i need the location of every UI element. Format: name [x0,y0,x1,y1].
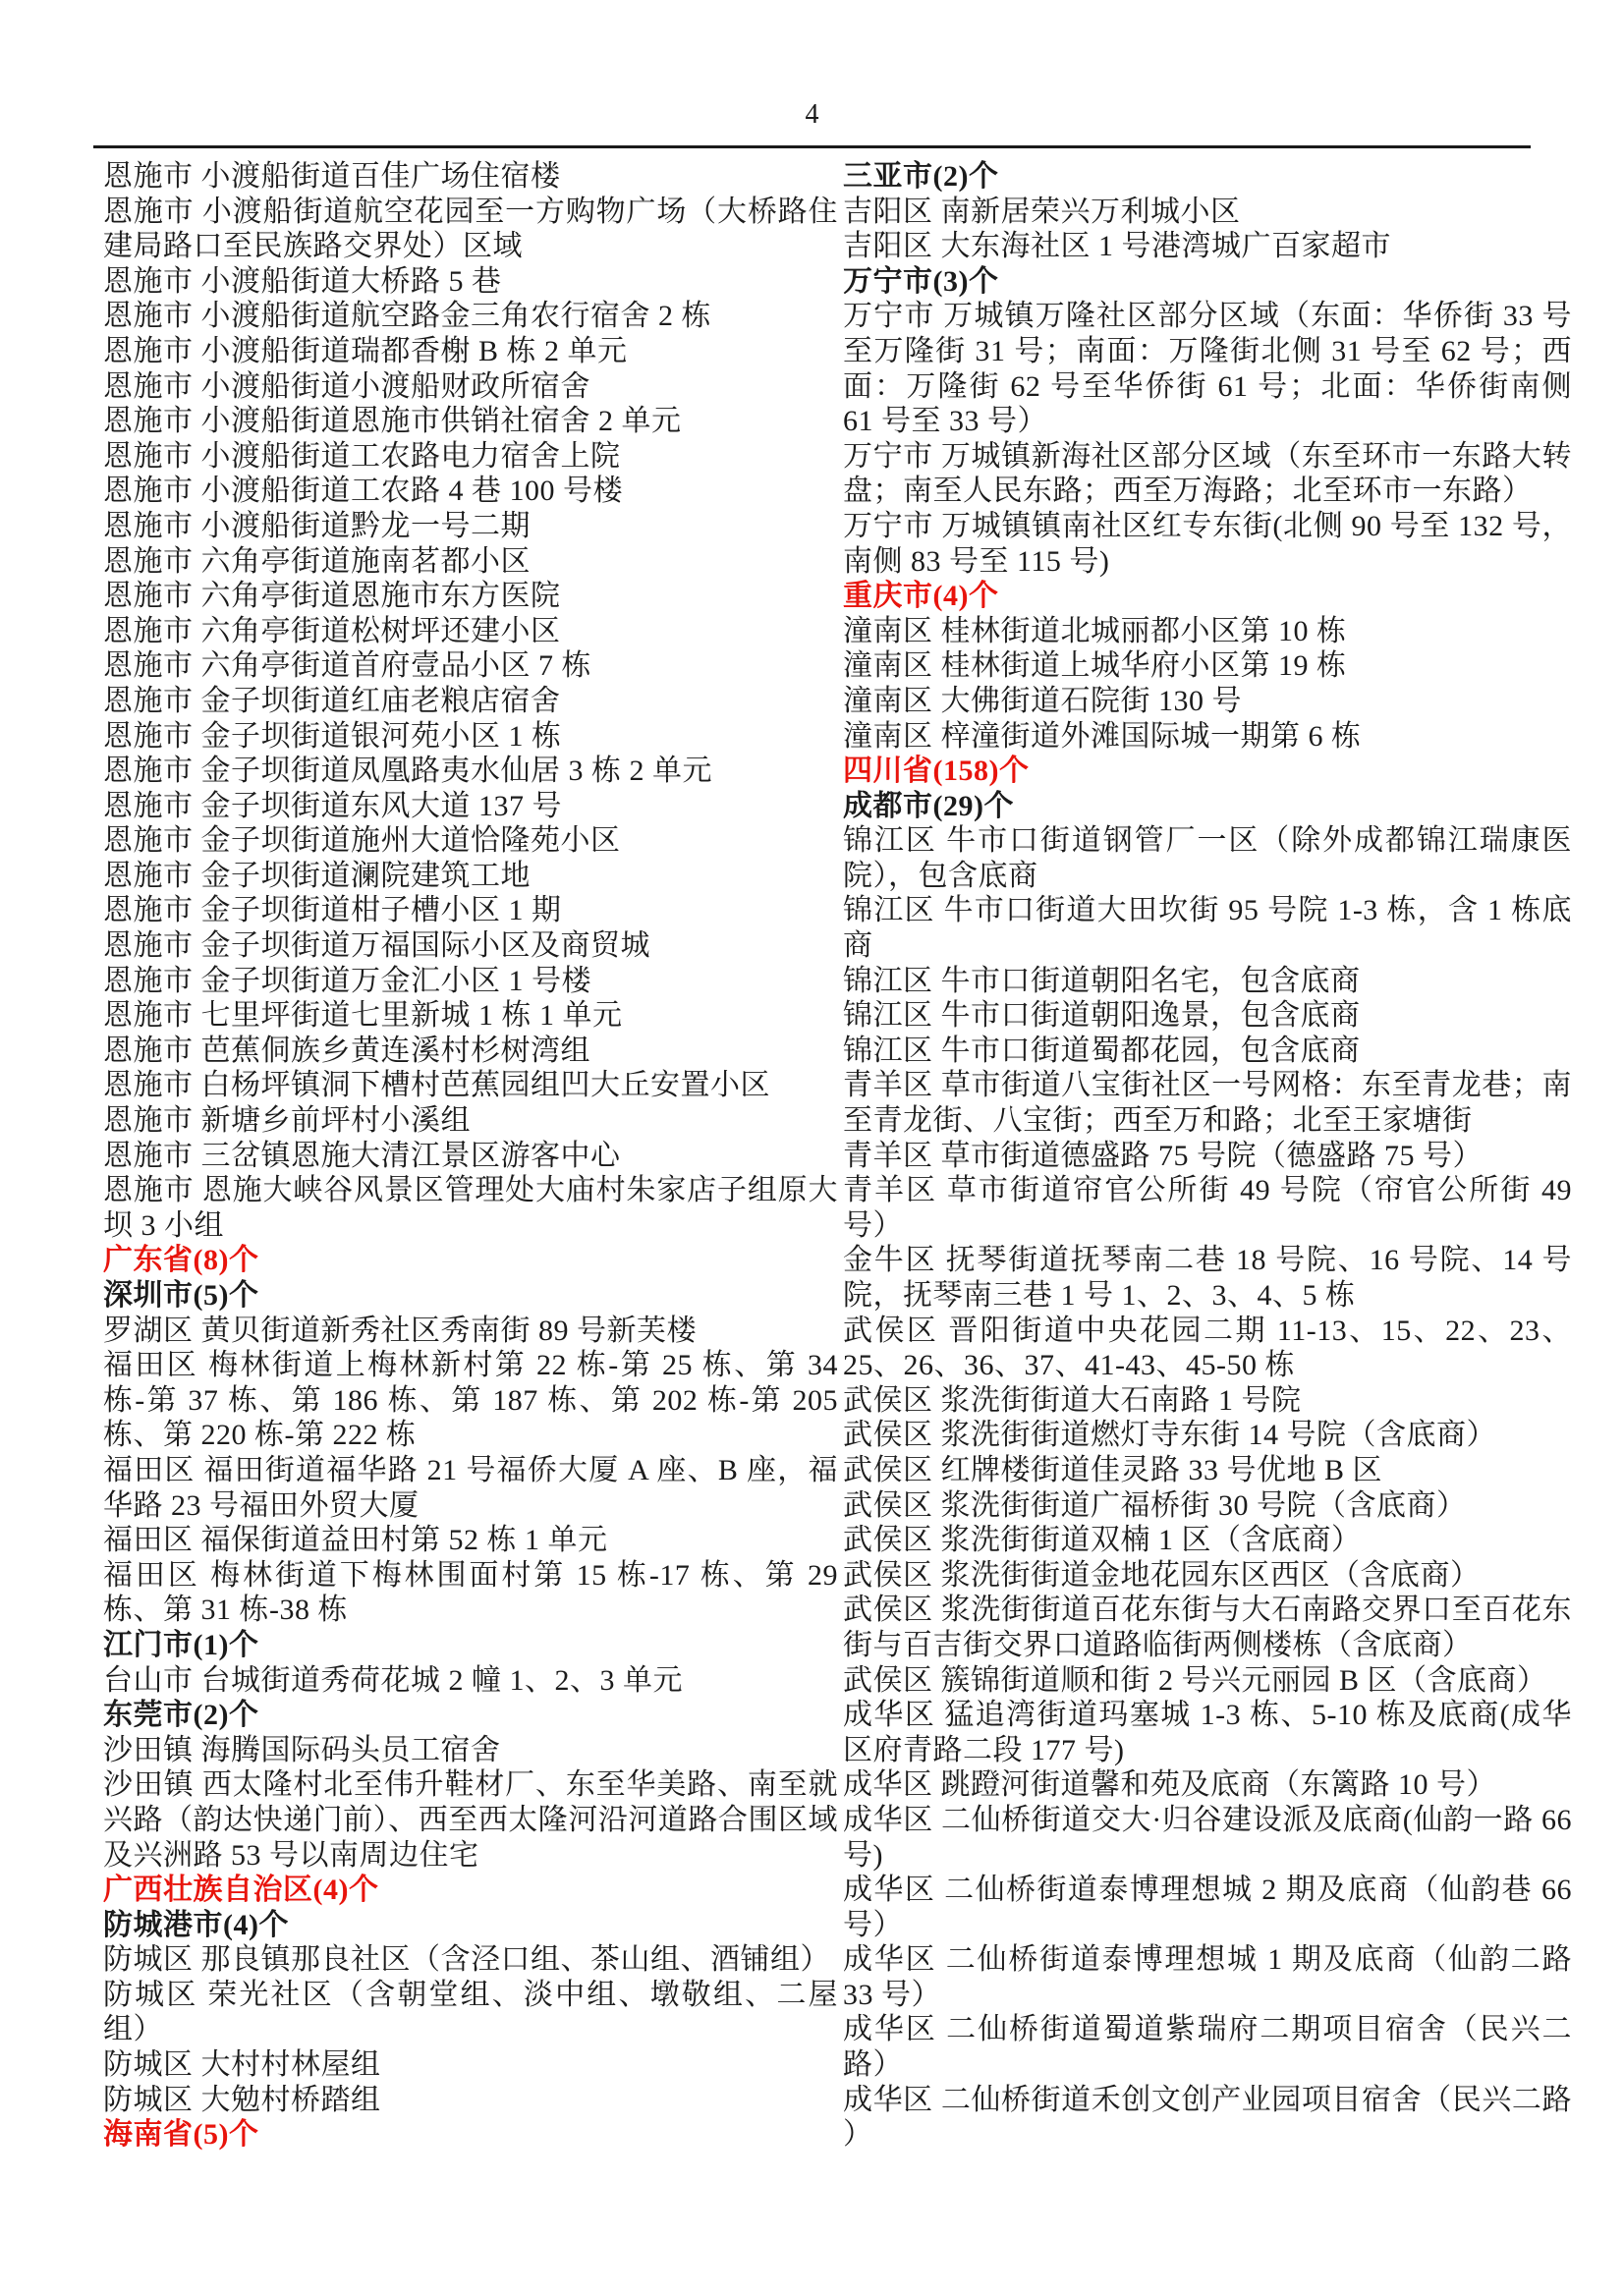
list-item: 恩施市 六角亭街道恩施市东方医院 [103,579,838,614]
list-item: 恩施市 小渡船街道百佳广场住宿楼 [103,159,838,195]
city-header: 防城港市(4)个 [103,1908,838,1943]
list-item: 恩施市 金子坝街道万福国际小区及商贸城 [103,928,838,964]
list-item: 沙田镇 海腾国际码头员工宿舍 [103,1733,838,1768]
city-header: 三亚市(2)个 [843,159,1572,195]
list-item: 恩施市 小渡船街道航空路金三角农行宿舍 2 栋 [103,299,838,334]
list-item: 恩施市 六角亭街道首府壹品小区 7 栋 [103,648,838,684]
list-item: 防城区 大勉村桥踏组 [103,2083,838,2118]
list-item: 潼南区 梓潼街道外滩国际城一期第 6 栋 [843,719,1572,755]
list-item: 恩施市 小渡船街道工农路 4 巷 100 号楼 [103,474,838,509]
list-item: 恩施市 金子坝街道凤凰路夷水仙居 3 栋 2 单元 [103,754,838,789]
list-item: 潼南区 桂林街道北城丽都小区第 10 栋 [843,614,1572,649]
list-item: 锦江区 牛市口街道大田坎街 95 号院 1-3 栋，含 1 栋底商 [843,893,1572,963]
list-item: 沙田镇 西太隆村北至伟升鞋材厂、东至华美路、南至就兴路（韵达快递门前）、西至西太… [103,1767,838,1873]
list-item: 成华区 跳蹬河街道馨和苑及底商（东篱路 10 号） [843,1767,1572,1803]
city-header: 万宁市(3)个 [843,264,1572,300]
list-item: 恩施市 芭蕉侗族乡黄连溪村杉树湾组 [103,1034,838,1069]
list-item: 武侯区 晋阳街道中央花园二期 11-13、15、22、23、25、26、36、3… [843,1314,1572,1383]
list-item: 万宁市 万城镇新海社区部分区域（东至环市一东路大转盘；南至人民东路；西至万海路；… [843,439,1572,509]
list-item: 恩施市 金子坝街道柑子槽小区 1 期 [103,893,838,928]
list-item: 青羊区 草市街道帘官公所街 49 号院（帘官公所街 49 号） [843,1173,1572,1243]
left-column: 恩施市 小渡船街道百佳广场住宿楼恩施市 小渡船街道航空花园至一方购物广场（大桥路… [103,159,838,2153]
list-item: 成华区 二仙桥街道泰博理想城 1 期及底商（仙韵二路 33 号） [843,1942,1572,2012]
list-item: 恩施市 恩施大峡谷风景区管理处大庙村朱家店子组原大坝 3 小组 [103,1173,838,1243]
list-item: 防城区 荣光社区（含朝堂组、淡中组、墩敬组、二屋组） [103,1978,838,2047]
list-item: 恩施市 金子坝街道施州大道恰隆苑小区 [103,823,838,859]
list-item: 恩施市 金子坝街道澜院建筑工地 [103,859,838,894]
list-item: 武侯区 浆洗街街道双楠 1 区（含底商） [843,1523,1572,1558]
list-item: 恩施市 七里坪街道七里新城 1 栋 1 单元 [103,998,838,1034]
province-header: 广西壮族自治区(4)个 [103,1873,838,1908]
city-header: 东莞市(2)个 [103,1698,838,1733]
list-item: 武侯区 浆洗街街道燃灯寺东街 14 号院（含底商） [843,1418,1572,1453]
list-item: 福田区 梅林街道上梅林新村第 22 栋-第 25 栋、第 34 栋-第 37 栋… [103,1348,838,1453]
list-item: 锦江区 牛市口街道朝阳名宅，包含底商 [843,964,1572,999]
list-item: 武侯区 浆洗街街道金地花园东区西区（含底商） [843,1558,1572,1594]
list-item: 潼南区 桂林街道上城华府小区第 19 栋 [843,648,1572,684]
city-header: 江门市(1)个 [103,1628,838,1663]
list-item: 成华区 猛追湾街道玛塞城 1-3 栋、5-10 栋及底商(成华区府青路二段 17… [843,1698,1572,1767]
list-item: 恩施市 三岔镇恩施大清江景区游客中心 [103,1139,838,1174]
header-rule [93,145,1531,148]
list-item: 恩施市 白杨坪镇洞下槽村芭蕉园组凹大丘安置小区 [103,1068,838,1103]
list-item: 锦江区 牛市口街道钢管厂一区（除外成都锦江瑞康医院），包含底商 [843,823,1572,893]
list-item: 恩施市 小渡船街道大桥路 5 巷 [103,264,838,300]
list-item: 福田区 梅林街道下梅林围面村第 15 栋-17 栋、第 29 栋、第 31 栋-… [103,1558,838,1628]
list-item: 武侯区 浆洗街街道百花东街与大石南路交界口至百花东街与百吉街交界口道路临街两侧楼… [843,1593,1572,1662]
list-item: 恩施市 小渡船街道黔龙一号二期 [103,509,838,544]
list-item: 恩施市 六角亭街道施南茗都小区 [103,544,838,580]
list-item: 恩施市 小渡船街道瑞都香榭 B 栋 2 单元 [103,334,838,369]
list-item: 恩施市 小渡船街道工农路电力宿舍上院 [103,439,838,475]
list-item: 恩施市 六角亭街道松树坪还建小区 [103,614,838,649]
list-item: 恩施市 金子坝街道东风大道 137 号 [103,789,838,824]
list-item: 成华区 二仙桥街道禾创文创产业园项目宿舍（民兴二路 ） [843,2083,1572,2153]
list-item: 锦江区 牛市口街道朝阳逸景，包含底商 [843,998,1572,1034]
list-item: 恩施市 金子坝街道红庙老粮店宿舍 [103,684,838,719]
list-item: 恩施市 金子坝街道万金汇小区 1 号楼 [103,964,838,999]
province-header: 四川省(158)个 [843,754,1572,789]
list-item: 潼南区 大佛街道石院街 130 号 [843,684,1572,719]
list-item: 恩施市 小渡船街道小渡船财政所宿舍 [103,369,838,405]
list-item: 武侯区 簇锦街道顺和街 2 号兴元丽园 B 区（含底商） [843,1663,1572,1699]
page-number: 4 [0,98,1624,132]
list-item: 锦江区 牛市口街道蜀都花园，包含底商 [843,1034,1572,1069]
right-column: 三亚市(2)个吉阳区 南新居荣兴万利城小区吉阳区 大东海社区 1 号港湾城广百家… [843,159,1572,2153]
list-item: 成华区 二仙桥街道蜀道紫瑞府二期项目宿舍（民兴二路） [843,2012,1572,2082]
list-item: 吉阳区 大东海社区 1 号港湾城广百家超市 [843,229,1572,264]
list-item: 金牛区 抚琴街道抚琴南二巷 18 号院、16 号院、14 号院，抚琴南三巷 1 … [843,1243,1572,1313]
list-item: 武侯区 浆洗街街道广福桥街 30 号院（含底商） [843,1488,1572,1524]
list-item: 武侯区 浆洗街街道大石南路 1 号院 [843,1383,1572,1419]
list-item: 防城区 大村村林屋组 [103,2047,838,2083]
document-page: 4 恩施市 小渡船街道百佳广场住宿楼恩施市 小渡船街道航空花园至一方购物广场（大… [0,0,1624,2295]
city-header: 成都市(29)个 [843,789,1572,824]
list-item: 恩施市 金子坝街道银河苑小区 1 栋 [103,719,838,755]
list-item: 万宁市 万城镇镇南社区红专东街(北侧 90 号至 132 号，南侧 83 号至 … [843,509,1572,579]
list-item: 福田区 福保街道益田村第 52 栋 1 单元 [103,1523,838,1558]
list-item: 吉阳区 南新居荣兴万利城小区 [843,195,1572,230]
list-item: 青羊区 草市街道八宝街社区一号网格：东至青龙巷；南至青龙街、八宝街；西至万和路；… [843,1068,1572,1138]
list-item: 青羊区 草市街道德盛路 75 号院（德盛路 75 号） [843,1139,1572,1174]
list-item: 武侯区 红牌楼街道佳灵路 33 号优地 B 区 [843,1453,1572,1488]
list-item: 恩施市 新塘乡前坪村小溪组 [103,1103,838,1139]
list-item: 成华区 二仙桥街道交大·归谷建设派及底商(仙韵一路 66 号) [843,1803,1572,1873]
list-item: 恩施市 小渡船街道恩施市供销社宿舍 2 单元 [103,404,838,439]
list-item: 台山市 台城街道秀荷花城 2 幢 1、2、3 单元 [103,1663,838,1699]
list-item: 恩施市 小渡船街道航空花园至一方购物广场（大桥路住建局路口至民族路交界处）区域 [103,195,838,264]
list-item: 罗湖区 黄贝街道新秀社区秀南街 89 号新芙楼 [103,1314,838,1349]
list-item: 福田区 福田街道福华路 21 号福侨大厦 A 座、B 座，福华路 23 号福田外… [103,1453,838,1523]
province-header: 重庆市(4)个 [843,579,1572,614]
list-item: 成华区 二仙桥街道泰博理想城 2 期及底商（仙韵巷 66 号） [843,1873,1572,1942]
list-item: 万宁市 万城镇万隆社区部分区域（东面：华侨街 33 号至万隆街 31 号；南面：… [843,299,1572,438]
province-header: 海南省(5)个 [103,2117,838,2153]
list-item: 防城区 那良镇那良社区（含泾口组、茶山组、酒铺组） [103,1942,838,1978]
province-header: 广东省(8)个 [103,1243,838,1278]
city-header: 深圳市(5)个 [103,1278,838,1314]
